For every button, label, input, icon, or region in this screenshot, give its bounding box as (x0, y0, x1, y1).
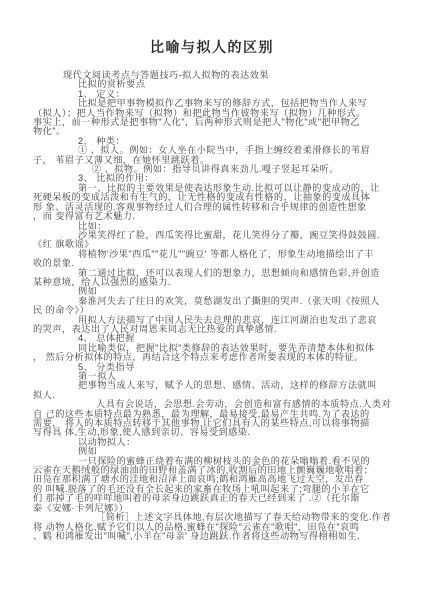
text-line: 、鹤 和鸿雁发出"叫喊",小羊在"母亲' 身边跳跃.作者将这些动物写得栩栩如生. (33, 532, 395, 541)
text-line: 把事物当成人来写，赋予人的思想、感情、活动，这样的修辞方法就叫 (33, 381, 395, 390)
document-title: 比喻与拟人的区别 (0, 37, 424, 57)
document-page: 比喻与拟人的区别 现代文阅读考点与答题技巧-拟人拟物的表达效果比拟的赏析要点1、… (0, 0, 424, 600)
text-line: 将植物'沙果"西瓜""花儿""豌豆' 等都人格化了，形象生动地描绘出了丰 (33, 250, 395, 259)
text-line: 事实上，前一种形式是把事物"人化"，后两种形式则是把人"物化"或"把甲物乙 (33, 118, 395, 127)
document-lines: 现代文阅读考点与答题技巧-拟人拟物的表达效果比拟的赏析要点1、 定义：比拟是把甲… (33, 71, 395, 541)
